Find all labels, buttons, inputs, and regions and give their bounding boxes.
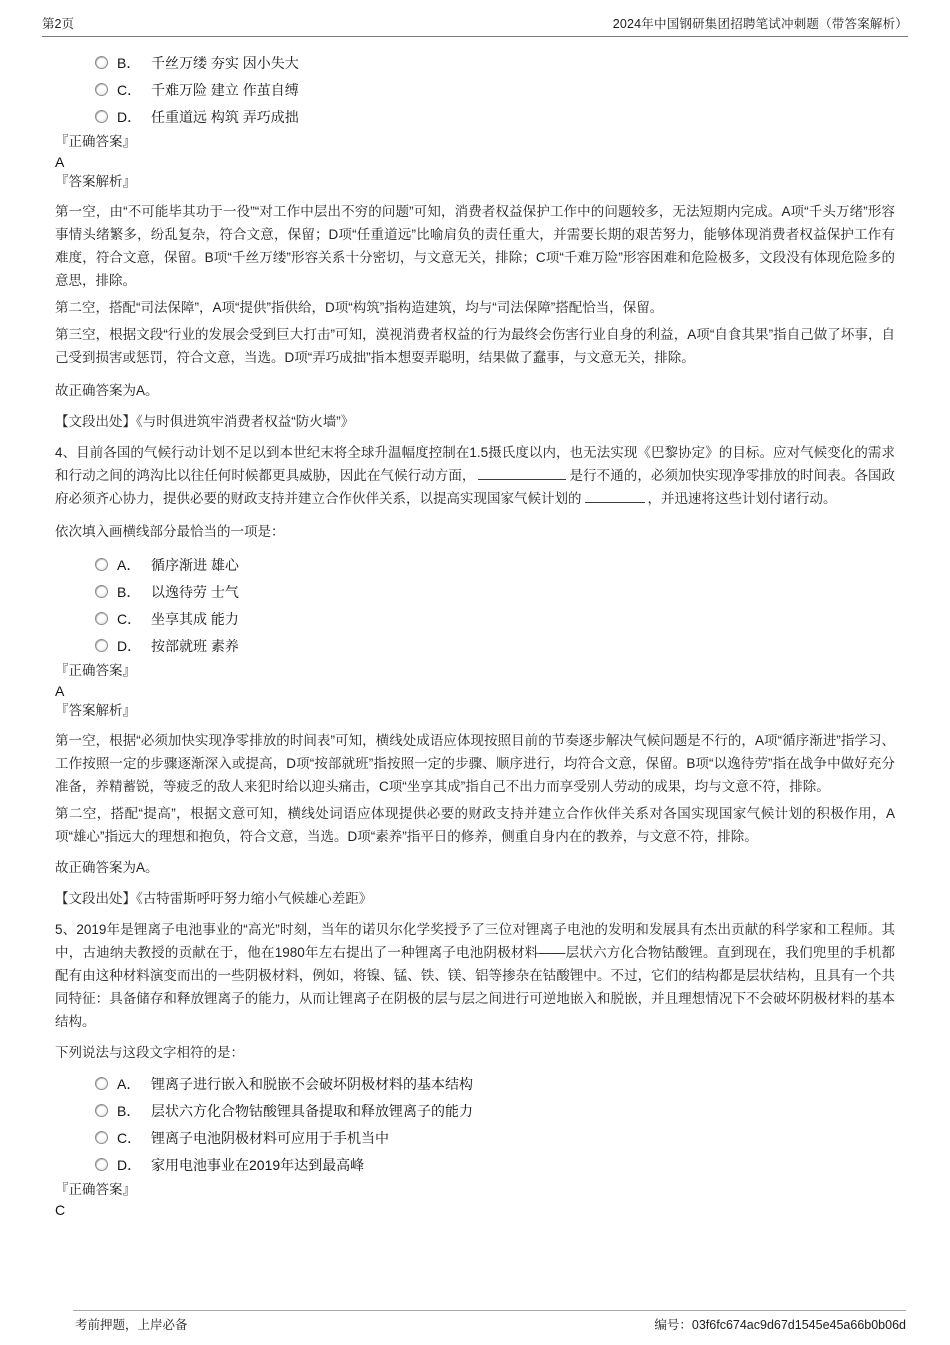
serial-label: 编号： (654, 1318, 692, 1332)
correct-answer-value: C (55, 1200, 895, 1220)
option-text: 任重道远 构筑 弄巧成拙 (151, 107, 299, 127)
correct-answer-label: 『正确答案』 (55, 661, 895, 681)
blank-underline (585, 489, 645, 503)
radio-button-icon[interactable] (95, 56, 108, 69)
correct-answer-label: 『正确答案』 (55, 1180, 895, 1200)
option-text: 锂离子电池阴极材料可应用于手机当中 (151, 1128, 389, 1148)
option-letter: D． (117, 107, 151, 127)
option-row-a[interactable]: A． 循序渐进 雄心 (55, 551, 895, 578)
page-number-label: 第2页 (42, 14, 74, 32)
radio-button-icon[interactable] (95, 83, 108, 96)
option-letter: B． (117, 53, 151, 73)
option-row-d[interactable]: D． 家用电池事业在2019年达到最高峰 (55, 1151, 895, 1178)
option-letter: C． (117, 1128, 151, 1148)
radio-button-icon[interactable] (95, 1131, 108, 1144)
option-letter: D． (117, 1155, 151, 1175)
option-text: 千难万险 建立 作茧自缚 (151, 80, 299, 100)
blank-underline (478, 466, 566, 480)
option-text: 家用电池事业在2019年达到最高峰 (151, 1155, 364, 1175)
correct-answer-value: A (55, 681, 895, 701)
analysis-paragraph: 第二空，搭配“司法保障”，A项“提供”指供给，D项“构筑”指构造建筑，均与“司法… (55, 296, 895, 319)
option-row-d[interactable]: D． 按部就班 素养 (55, 632, 895, 659)
radio-button-icon[interactable] (95, 585, 108, 598)
question5-options: A． 锂离子进行嵌入和脱嵌不会破坏阴极材料的基本结构 B． 层状六方化合物钴酸锂… (55, 1070, 895, 1178)
question4-options: A． 循序渐进 雄心 B． 以逸待劳 士气 C． 坐享其成 能力 D． 按部就班… (55, 551, 895, 659)
source-text: 【文段出处】《古特雷斯呼吁努力缩小气候雄心差距》 (55, 887, 895, 910)
option-text: 以逸待劳 士气 (151, 582, 239, 602)
radio-button-icon[interactable] (95, 1077, 108, 1090)
option-row-b[interactable]: B． 层状六方化合物钴酸锂具备提取和释放锂离子的能力 (55, 1097, 895, 1124)
option-letter: C． (117, 80, 151, 100)
option-text: 千丝万缕 夯实 因小失大 (151, 53, 299, 73)
footer-note: 考前押题，上岸必备 (75, 1315, 188, 1333)
option-row-c[interactable]: C． 坐享其成 能力 (55, 605, 895, 632)
serial-value: 03f6fc674ac9d67d1545e45a66b0b06d (692, 1318, 906, 1332)
conclusion-text: 故正确答案为A。 (55, 379, 895, 402)
option-row-a[interactable]: A． 锂离子进行嵌入和脱嵌不会破坏阴极材料的基本结构 (55, 1070, 895, 1097)
page-footer: 考前押题，上岸必备 编号：03f6fc674ac9d67d1545e45a66b… (0, 1310, 950, 1333)
radio-button-icon[interactable] (95, 558, 108, 571)
option-text: 层状六方化合物钴酸锂具备提取和释放锂离子的能力 (151, 1101, 473, 1121)
option-letter: C． (117, 609, 151, 629)
answer-analysis-label: 『答案解析』 (55, 172, 895, 192)
question4-stem: 4、目前各国的气候行动计划不足以到本世纪末将全球升温幅度控制在1.5摄氏度以内，… (55, 441, 895, 510)
option-text: 循序渐进 雄心 (151, 555, 239, 575)
question5-stem: 5、2019年是锂离子电池事业的“高光”时刻，当年的诺贝尔化学奖授予了三位对锂离… (55, 918, 895, 1033)
analysis-paragraph: 第三空，根据文段“行业的发展会受到巨大打击”可知，漠视消费者权益的行为最终会伤害… (55, 323, 895, 369)
question4-prompt: 依次填入画横线部分最恰当的一项是： (55, 520, 895, 543)
option-row-b[interactable]: B． 以逸待劳 士气 (55, 578, 895, 605)
option-letter: A． (117, 1074, 151, 1094)
option-text: 按部就班 素养 (151, 636, 239, 656)
option-letter: D． (117, 636, 151, 656)
radio-button-icon[interactable] (95, 612, 108, 625)
radio-button-icon[interactable] (95, 1158, 108, 1171)
conclusion-text: 故正确答案为A。 (55, 856, 895, 879)
analysis-paragraph: 第一空，由“不可能毕其功于一役”“对工作中层出不穷的问题”可知，消费者权益保护工… (55, 200, 895, 292)
option-row-c[interactable]: C． 千难万险 建立 作茧自缚 (55, 76, 895, 103)
option-letter: A． (117, 555, 151, 575)
radio-button-icon[interactable] (95, 110, 108, 123)
document-page: 第2页 2024年中国钢研集团招聘笔试冲刺题（带答案解析） B． 千丝万缕 夯实… (0, 0, 950, 1345)
option-letter: B． (117, 582, 151, 602)
option-row-c[interactable]: C． 锂离子电池阴极材料可应用于手机当中 (55, 1124, 895, 1151)
correct-answer-label: 『正确答案』 (55, 132, 895, 152)
page-header: 第2页 2024年中国钢研集团招聘笔试冲刺题（带答案解析） (42, 0, 908, 37)
option-text: 锂离子进行嵌入和脱嵌不会破坏阴极材料的基本结构 (151, 1074, 473, 1094)
footer-divider (73, 1310, 906, 1311)
document-title: 2024年中国钢研集团招聘笔试冲刺题（带答案解析） (613, 14, 908, 32)
option-letter: B． (117, 1101, 151, 1121)
analysis-paragraph: 第一空，根据“必须加快实现净零排放的时间表”可知，横线处成语应体现按照目前的节奏… (55, 729, 895, 798)
stem-text: ，并迅速将这些计划付诸行动。 (648, 491, 837, 506)
correct-answer-value: A (55, 152, 895, 172)
serial-number: 编号：03f6fc674ac9d67d1545e45a66b0b06d (654, 1315, 906, 1333)
option-row-d[interactable]: D． 任重道远 构筑 弄巧成拙 (55, 103, 895, 130)
radio-button-icon[interactable] (95, 1104, 108, 1117)
source-text: 【文段出处】《与时俱进筑牢消费者权益“防火墙”》 (55, 410, 895, 433)
option-text: 坐享其成 能力 (151, 609, 239, 629)
analysis-paragraph: 第二空，搭配“提高”，根据文意可知，横线处词语应体现提供必要的财政支持并建立合作… (55, 802, 895, 848)
question3-options: B． 千丝万缕 夯实 因小失大 C． 千难万险 建立 作茧自缚 D． 任重道远 … (55, 49, 895, 130)
radio-button-icon[interactable] (95, 639, 108, 652)
page-content: B． 千丝万缕 夯实 因小失大 C． 千难万险 建立 作茧自缚 D． 任重道远 … (0, 49, 950, 1220)
answer-analysis-label: 『答案解析』 (55, 701, 895, 721)
option-row-b[interactable]: B． 千丝万缕 夯实 因小失大 (55, 49, 895, 76)
question5-prompt: 下列说法与这段文字相符的是： (55, 1041, 895, 1064)
